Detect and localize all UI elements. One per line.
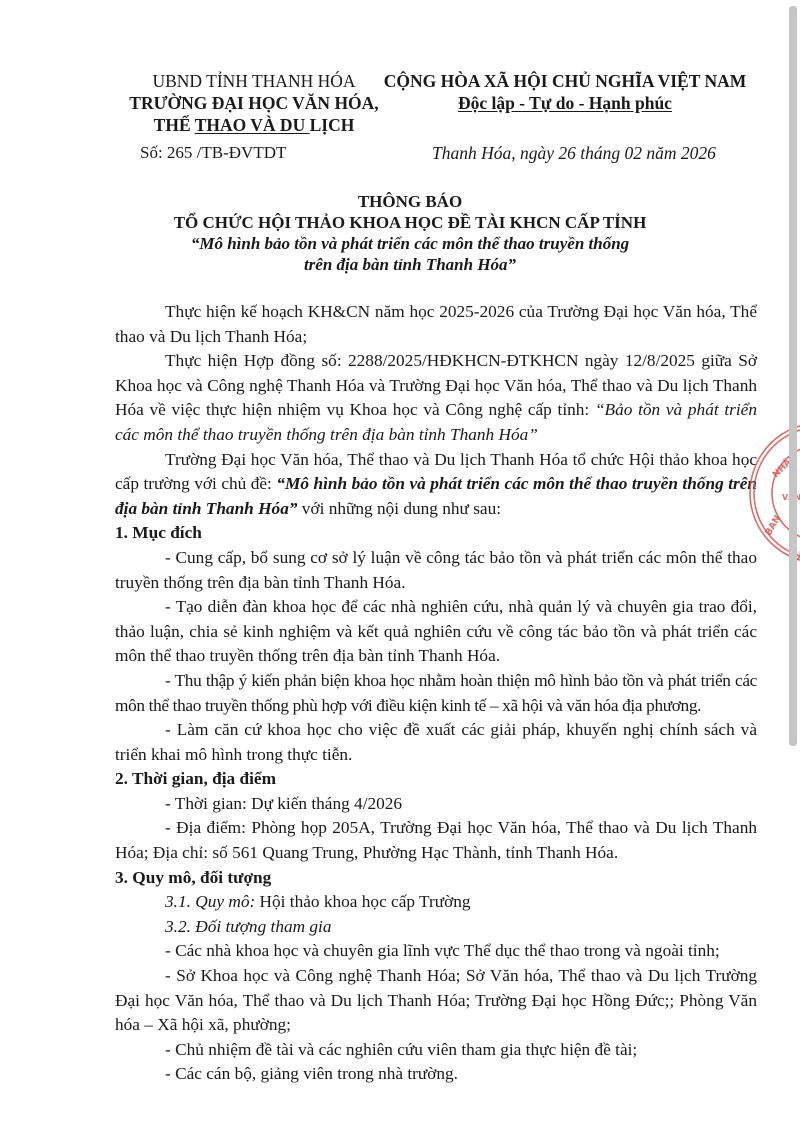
section-2-heading: 2. Thời gian, địa điểm <box>115 767 757 792</box>
document-number: Số: 265 /TB-ĐVTDT <box>140 143 286 163</box>
org-line2-pre: THỂ <box>154 115 195 135</box>
title-block: THÔNG BÁO TỔ CHỨC HỘI THẢO KHOA HỌC ĐỀ T… <box>100 191 720 275</box>
intro-paragraph-2: Thực hiện Hợp đồng số: 2288/2025/HĐKHCN-… <box>115 349 757 447</box>
topic-line-2: trên địa bàn tỉnh Thanh Hóa” <box>100 254 720 275</box>
section-2-item: - Địa điểm: Phòng họp 205A, Trường Đại h… <box>115 816 757 865</box>
participants-label: 3.2. Đối tượng tham gia <box>115 915 757 940</box>
section-1-item: - Thu thập ý kiến phản biện khoa học nhằ… <box>115 669 757 718</box>
scale-label: 3.1. Quy mô: <box>165 892 255 911</box>
section-1-item: - Tạo diễn đàn khoa học để các nhà nghiê… <box>115 595 757 669</box>
topic-line-1: “Mô hình bảo tồn và phát triển các môn t… <box>100 233 720 254</box>
participant-item: - Sở Khoa học và Công nghệ Thanh Hóa; Sở… <box>115 964 757 1038</box>
issuing-authority: UBND TỈNH THANH HÓA <box>104 70 404 92</box>
section-1-heading: 1. Mục đích <box>115 521 757 546</box>
org-line2-post: LỊCH <box>310 115 355 135</box>
national-motto: Độc lập - Tự do - Hạnh phúc <box>380 92 750 114</box>
section-1-item: - Cung cấp, bổ sung cơ sở lý luận về côn… <box>115 546 757 595</box>
place-date: Thanh Hóa, ngày 26 tháng 02 năm 2026 <box>432 143 716 164</box>
section-1-item: - Làm căn cứ khoa học cho việc đề xuất c… <box>115 718 757 767</box>
scale-line: 3.1. Quy mô: Hội thảo khoa học cấp Trườn… <box>115 890 757 915</box>
document-page: UBND TỈNH THANH HÓA TRƯỜNG ĐẠI HỌC VĂN H… <box>0 0 800 1128</box>
document-body: Thực hiện kế hoạch KH&CN năm học 2025-20… <box>115 300 757 1087</box>
issuer-block: UBND TỈNH THANH HÓA TRƯỜNG ĐẠI HỌC VĂN H… <box>104 70 404 136</box>
participant-item: - Các nhà khoa học và chuyên gia lĩnh vự… <box>115 939 757 964</box>
document-type: THÔNG BÁO <box>100 191 720 212</box>
scale-value: Hội thảo khoa học cấp Trường <box>255 892 470 911</box>
participant-item: - Chủ nhiệm đề tài và các nghiên cứu viê… <box>115 1038 757 1063</box>
national-header: CỘNG HÒA XÃ HỘI CHỦ NGHĨA VIỆT NAM Độc l… <box>380 70 750 114</box>
section-3-heading: 3. Quy mô, đối tượng <box>115 866 757 891</box>
org-line2-underlined: THAO VÀ DU <box>195 115 310 135</box>
intro-paragraph-3: Trường Đại học Văn hóa, Thể thao và Du l… <box>115 448 757 522</box>
intro-paragraph-1: Thực hiện kế hoạch KH&CN năm học 2025-20… <box>115 300 757 349</box>
scrollbar-thumb[interactable] <box>789 6 797 746</box>
document-subject: TỔ CHỨC HỘI THẢO KHOA HỌC ĐỀ TÀI KHCN CẤ… <box>100 212 720 233</box>
participant-item: - Các cán bộ, giảng viên trong nhà trườn… <box>115 1062 757 1087</box>
motto-text: Độc lập - Tự do - Hạnh phúc <box>458 93 672 113</box>
section-2-item: - Thời gian: Dự kiến tháng 4/2026 <box>115 792 757 817</box>
p3-tail: với những nội dung như sau: <box>297 499 501 518</box>
nation-name: CỘNG HÒA XÃ HỘI CHỦ NGHĨA VIỆT NAM <box>380 70 750 92</box>
seal-outer-text: BAN <box>764 514 783 537</box>
organization-name-line1: TRƯỜNG ĐẠI HỌC VĂN HÓA, <box>104 92 404 114</box>
organization-name-line2: THỂ THAO VÀ DU LỊCH <box>104 114 404 136</box>
